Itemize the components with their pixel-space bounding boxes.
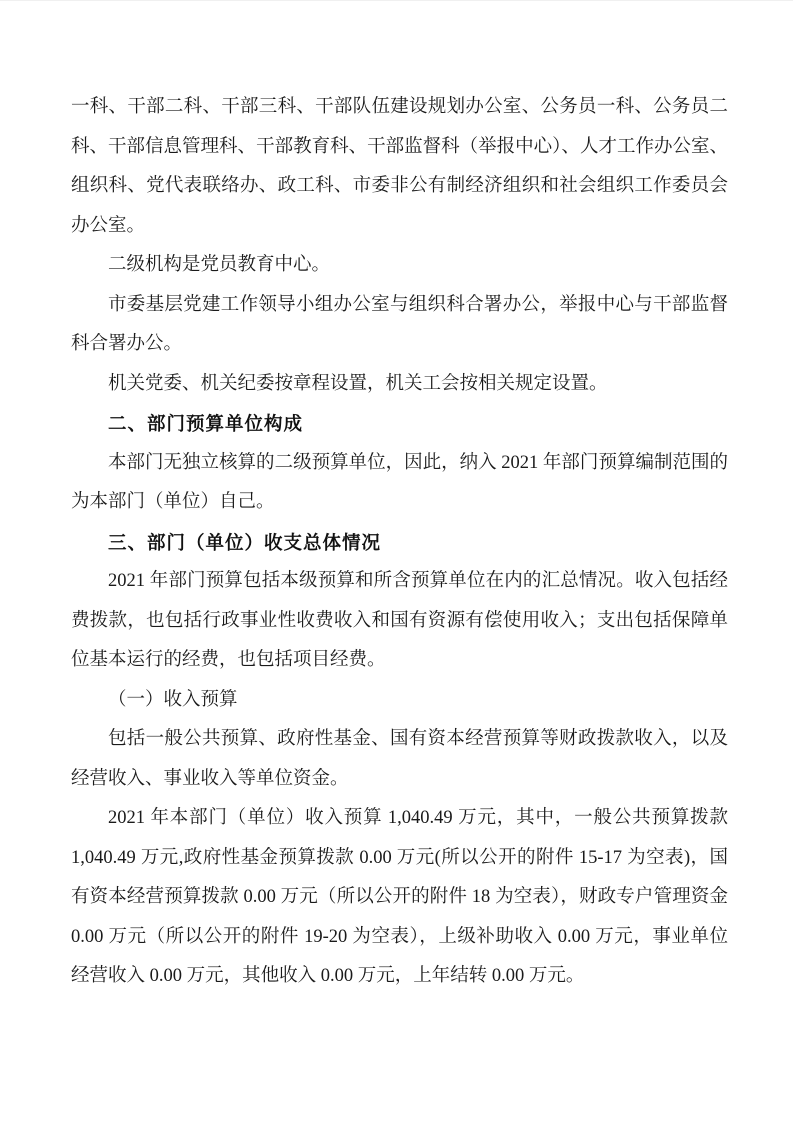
- paragraph-budget-unit-scope: 本部门无独立核算的二级预算单位，因此，纳入 2021 年部门预算编制范围的为本部…: [71, 444, 728, 523]
- paragraph-co-office-arrangements: 市委基层党建工作领导小组办公室与组织科合署办公，举报中心与干部监督科合署办公。: [71, 286, 728, 365]
- section-heading-budget-unit-composition: 二、部门预算单位构成: [71, 404, 728, 444]
- document-page: 一科、干部二科、干部三科、干部队伍建设规划办公室、公务员一科、公务员二科、干部信…: [0, 0, 793, 1122]
- paragraph-secondary-institution: 二级机构是党员教育中心。: [71, 246, 728, 286]
- paragraph-budget-summary-scope: 2021 年部门预算包括本级预算和所含预算单位在内的汇总情况。收入包括经费拨款，…: [71, 562, 728, 681]
- paragraph-party-committee-setup: 机关党委、机关纪委按章程设置，机关工会按相关规定设置。: [71, 365, 728, 405]
- paragraph-income-budget-components: 包括一般公共预算、政府性基金、国有资本经营预算等财政拨款收入，以及经营收入、事业…: [71, 720, 728, 799]
- paragraph-internal-departments-continued: 一科、干部二科、干部三科、干部队伍建设规划办公室、公务员一科、公务员二科、干部信…: [71, 88, 728, 246]
- section-heading-income-expenditure-overview: 三、部门（单位）收支总体情况: [71, 523, 728, 563]
- paragraph-income-budget-figures: 2021 年本部门（单位）收入预算 1,040.49 万元，其中，一般公共预算拨…: [71, 799, 728, 997]
- subsection-heading-income-budget: （一）收入预算: [71, 681, 728, 721]
- document-body: 一科、干部二科、干部三科、干部队伍建设规划办公室、公务员一科、公务员二科、干部信…: [71, 88, 728, 997]
